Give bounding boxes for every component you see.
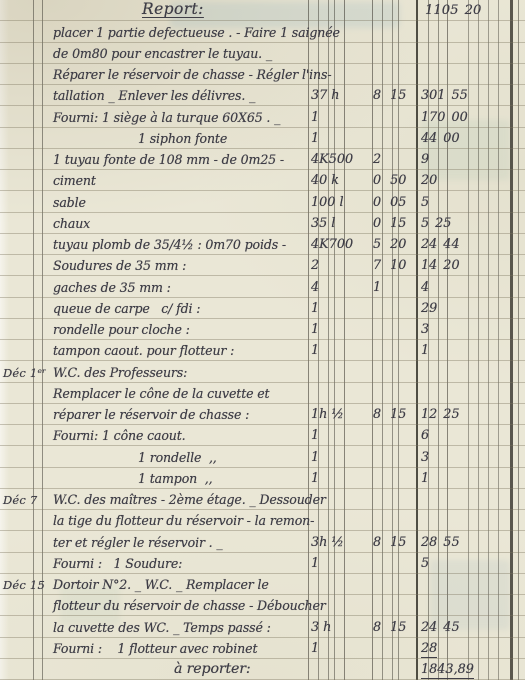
row-quantity: 4: [305, 280, 367, 297]
row-description: Fourni : 1 Soudure:: [46, 556, 305, 573]
ledger-row: la tige du flotteur du réservoir - la re…: [0, 510, 525, 531]
row-date: [0, 316, 46, 318]
row-unit-price: [367, 337, 416, 339]
row-date: [0, 210, 46, 212]
row-unit-price: 015: [367, 216, 416, 233]
row-amount: 5: [416, 556, 464, 573]
row-quantity: 100l: [305, 195, 367, 212]
ledger-row: Report:110520: [0, 0, 525, 21]
row-quantity: 1: [305, 556, 367, 573]
row-unit-price: 005: [367, 195, 416, 212]
row-quantity: 35l: [305, 216, 367, 233]
row-date: [0, 103, 46, 105]
row-amount: 17000: [416, 110, 464, 127]
row-quantity: 1: [305, 322, 367, 339]
row-description: Report:: [46, 0, 305, 20]
row-date: [0, 167, 46, 169]
row-description: W.C. des maîtres - 2ème étage. _ Dessoud…: [46, 492, 305, 509]
row-date: [0, 571, 46, 573]
row-description: tuyau plomb de 35/4½ : 0m70 poids -: [46, 237, 305, 254]
row-quantity: 1: [305, 110, 367, 127]
row-amount: 1: [416, 471, 464, 488]
row-quantity: [305, 592, 367, 594]
row-unit-price: [367, 82, 416, 84]
row-amount: 9: [416, 152, 464, 169]
row-quantity: [305, 82, 367, 84]
ledger-row: flotteur du réservoir de chasse - Débouc…: [0, 595, 525, 616]
row-unit-price: 2: [367, 152, 416, 169]
row-amount: 1225: [416, 407, 464, 424]
row-date: [0, 273, 46, 275]
row-date: [0, 656, 46, 658]
ledger-row: chaux35l015525: [0, 213, 525, 234]
row-date: [0, 465, 46, 467]
row-date: [0, 231, 46, 233]
ledger-row: Déc 1ᵉʳW.C. des Professeurs:: [0, 361, 525, 382]
row-description: flotteur du réservoir de chasse - Débouc…: [46, 598, 305, 615]
row-unit-price: 1: [367, 280, 416, 297]
row-unit-price: 815: [367, 535, 416, 552]
ledger-row: Réparer le réservoir de chasse - Régler …: [0, 64, 525, 85]
ledger-row: gaches de 35 mm :414: [0, 276, 525, 297]
row-description: 1 siphon fonte: [46, 131, 305, 148]
row-description: Réparer le réservoir de chasse - Régler …: [46, 67, 305, 84]
row-description: 1 tampon ,,: [46, 471, 305, 488]
row-quantity: 40k: [305, 173, 367, 190]
row-description: de 0m80 pour encastrer le tuyau. _: [46, 46, 305, 63]
row-date: [0, 337, 46, 339]
ledger-row: 1 tampon ,,11: [0, 468, 525, 489]
row-amount: 2855: [416, 535, 464, 552]
row-amount: 3: [416, 322, 464, 339]
row-amount: [416, 507, 464, 509]
row-description: 1 tuyau fonte de 108 mm - de 0m25 -: [46, 152, 305, 169]
row-amount: [416, 592, 464, 594]
ledger-row: placer 1 partie defectueuse . - Faire 1 …: [0, 21, 525, 42]
row-quantity: 1: [305, 301, 367, 318]
row-unit-price: [367, 592, 416, 594]
row-unit-price: [367, 528, 416, 530]
row-date: [0, 61, 46, 63]
row-description: sable: [46, 195, 305, 212]
ledger-row: tuyau plomb de 35/4½ : 0m70 poids -4K700…: [0, 234, 525, 255]
row-quantity: 1: [305, 450, 367, 467]
row-amount: [416, 401, 464, 403]
row-amount: 20: [416, 173, 464, 190]
row-date: [0, 486, 46, 488]
row-unit-price: [367, 40, 416, 42]
ledger-row: 1 tuyau fonte de 108 mm - de 0m25 -4K500…: [0, 149, 525, 170]
row-quantity: [305, 613, 367, 615]
ledger-row: Fourni : 1 Soudure:15: [0, 553, 525, 574]
row-date: [0, 188, 46, 190]
row-amount: [416, 380, 464, 382]
row-unit-price: [367, 656, 416, 658]
ledger-row: Déc 15Dortoir N°2. _ W.C. _ Remplacer le: [0, 574, 525, 595]
row-quantity: 1: [305, 428, 367, 445]
row-quantity: [305, 18, 367, 20]
row-unit-price: 815: [367, 88, 416, 105]
row-date: Déc 1ᵉʳ: [0, 366, 46, 382]
row-description: Soudures de 35 mm :: [46, 258, 305, 275]
row-amount: [416, 61, 464, 63]
row-unit-price: [367, 465, 416, 467]
row-amount: 1843,89: [416, 662, 464, 679]
row-description: la cuvette des WC. _ Temps passé :: [46, 620, 305, 637]
row-amount: 28: [416, 641, 464, 658]
row-quantity: [305, 677, 367, 679]
ledger-row: Fourni: 1 cône caout.16: [0, 425, 525, 446]
row-amount: 30155: [416, 88, 464, 105]
row-quantity: 1h½: [305, 407, 367, 424]
row-description: gaches de 35 mm :: [46, 280, 305, 297]
row-description: placer 1 partie defectueuse . - Faire 1 …: [46, 25, 305, 42]
row-unit-price: [367, 146, 416, 148]
row-description: ciment: [46, 173, 305, 190]
row-unit-price: [367, 401, 416, 403]
ledger-row: sable100l0055: [0, 191, 525, 212]
row-unit-price: [367, 613, 416, 615]
ledger-row: ter et régler le réservoir . _3h½8152855: [0, 531, 525, 552]
row-quantity: 3h½: [305, 535, 367, 552]
row-description: à reporter:: [46, 661, 305, 679]
row-description: tallation _ Enlever les délivres. _: [46, 88, 305, 105]
row-unit-price: 050: [367, 173, 416, 190]
row-date: [0, 401, 46, 403]
row-unit-price: [367, 486, 416, 488]
ledger-row: Soudures de 35 mm :27101420: [0, 255, 525, 276]
row-description: queue de carpe c/ fdi :: [46, 301, 305, 318]
row-date: [0, 82, 46, 84]
row-description: réparer le réservoir de chasse :: [46, 407, 305, 424]
row-description: la tige du flotteur du réservoir - la re…: [46, 513, 305, 530]
row-quantity: [305, 380, 367, 382]
row-amount: 2445: [416, 620, 464, 637]
row-quantity: 1: [305, 641, 367, 658]
ledger-row: Fourni: 1 siège à la turque 60X65 . _117…: [0, 106, 525, 127]
row-date: [0, 40, 46, 42]
row-amount: 3: [416, 450, 464, 467]
row-unit-price: [367, 358, 416, 360]
row-description: Fourni : 1 flotteur avec robinet: [46, 641, 305, 658]
row-unit-price: [367, 443, 416, 445]
row-description: rondelle pour cloche :: [46, 322, 305, 339]
row-amount: 2444: [416, 237, 464, 254]
row-quantity: [305, 507, 367, 509]
ledger-row: tallation _ Enlever les délivres. _37h81…: [0, 85, 525, 106]
row-unit-price: 815: [367, 407, 416, 424]
row-description: W.C. des Professeurs:: [46, 365, 305, 382]
ledger-row: rondelle pour cloche :13: [0, 319, 525, 340]
row-amount: 6: [416, 428, 464, 445]
row-date: [0, 528, 46, 530]
row-description: Dortoir N°2. _ W.C. _ Remplacer le: [46, 577, 305, 594]
row-unit-price: [367, 380, 416, 382]
ledger-row: de 0m80 pour encastrer le tuyau. _: [0, 43, 525, 64]
row-amount: 4: [416, 280, 464, 297]
ledger-row: 1 rondelle ,,13: [0, 446, 525, 467]
row-quantity: 4K700: [305, 237, 367, 254]
row-quantity: 37h: [305, 88, 367, 105]
row-quantity: [305, 61, 367, 63]
row-date: [0, 443, 46, 445]
row-date: [0, 146, 46, 148]
row-unit-price: [367, 125, 416, 127]
ledger-row: la cuvette des WC. _ Temps passé :3h8152…: [0, 616, 525, 637]
row-quantity: 4K500: [305, 152, 367, 169]
row-description: chaux: [46, 216, 305, 233]
ledger-row: Déc 7W.C. des maîtres - 2ème étage. _ De…: [0, 489, 525, 510]
ledger-row: ciment40k05020: [0, 170, 525, 191]
row-description: 1 rondelle ,,: [46, 450, 305, 467]
row-date: Déc 7: [0, 493, 46, 509]
row-amount: 1: [416, 343, 464, 360]
ledger-page: Report:110520placer 1 partie defectueuse…: [0, 0, 525, 680]
row-quantity: 3h: [305, 620, 367, 637]
row-quantity: [305, 40, 367, 42]
ledger-row: réparer le réservoir de chasse :1h½81512…: [0, 404, 525, 425]
row-date: [0, 358, 46, 360]
row-amount: [416, 528, 464, 530]
row-quantity: 2: [305, 258, 367, 275]
row-date: [0, 677, 46, 679]
ledger-row: queue de carpe c/ fdi :129: [0, 298, 525, 319]
ledger-row: tampon caout. pour flotteur :11: [0, 340, 525, 361]
row-date: [0, 125, 46, 127]
row-quantity: 1: [305, 343, 367, 360]
row-amount: [416, 40, 464, 42]
ledger-row: 1 siphon fonte14400: [0, 128, 525, 149]
row-date: [0, 613, 46, 615]
row-amount: 110520: [416, 3, 464, 20]
row-description: Fourni: 1 siège à la turque 60X65 . _: [46, 110, 305, 127]
row-description: tampon caout. pour flotteur :: [46, 343, 305, 360]
row-description: Remplacer le cône de la cuvette et: [46, 386, 305, 403]
row-unit-price: [367, 571, 416, 573]
row-unit-price: 710: [367, 258, 416, 275]
row-quantity: [305, 401, 367, 403]
row-amount: [416, 82, 464, 84]
row-amount: [416, 613, 464, 615]
row-quantity: 1: [305, 471, 367, 488]
row-amount: 525: [416, 216, 464, 233]
row-unit-price: [367, 677, 416, 679]
ledger-row: Fourni : 1 flotteur avec robinet128: [0, 638, 525, 659]
row-date: [0, 422, 46, 424]
row-quantity: [305, 528, 367, 530]
row-unit-price: 815: [367, 620, 416, 637]
row-amount: 1420: [416, 258, 464, 275]
row-date: [0, 550, 46, 552]
row-date: [0, 252, 46, 254]
row-date: [0, 295, 46, 297]
row-unit-price: [367, 18, 416, 20]
row-amount: 4400: [416, 131, 464, 148]
ledger-rows: Report:110520placer 1 partie defectueuse…: [0, 0, 525, 680]
ledger-row: Remplacer le cône de la cuvette et: [0, 383, 525, 404]
row-amount: 29: [416, 301, 464, 318]
row-amount: 5: [416, 195, 464, 212]
row-date: [0, 18, 46, 20]
row-description: ter et régler le réservoir . _: [46, 535, 305, 552]
row-quantity: 1: [305, 131, 367, 148]
row-unit-price: [367, 61, 416, 63]
row-unit-price: 520: [367, 237, 416, 254]
row-unit-price: [367, 507, 416, 509]
row-date: [0, 635, 46, 637]
ledger-row: à reporter:1843,89: [0, 659, 525, 680]
row-description: Fourni: 1 cône caout.: [46, 428, 305, 445]
row-date: Déc 15: [0, 578, 46, 594]
row-unit-price: [367, 316, 416, 318]
